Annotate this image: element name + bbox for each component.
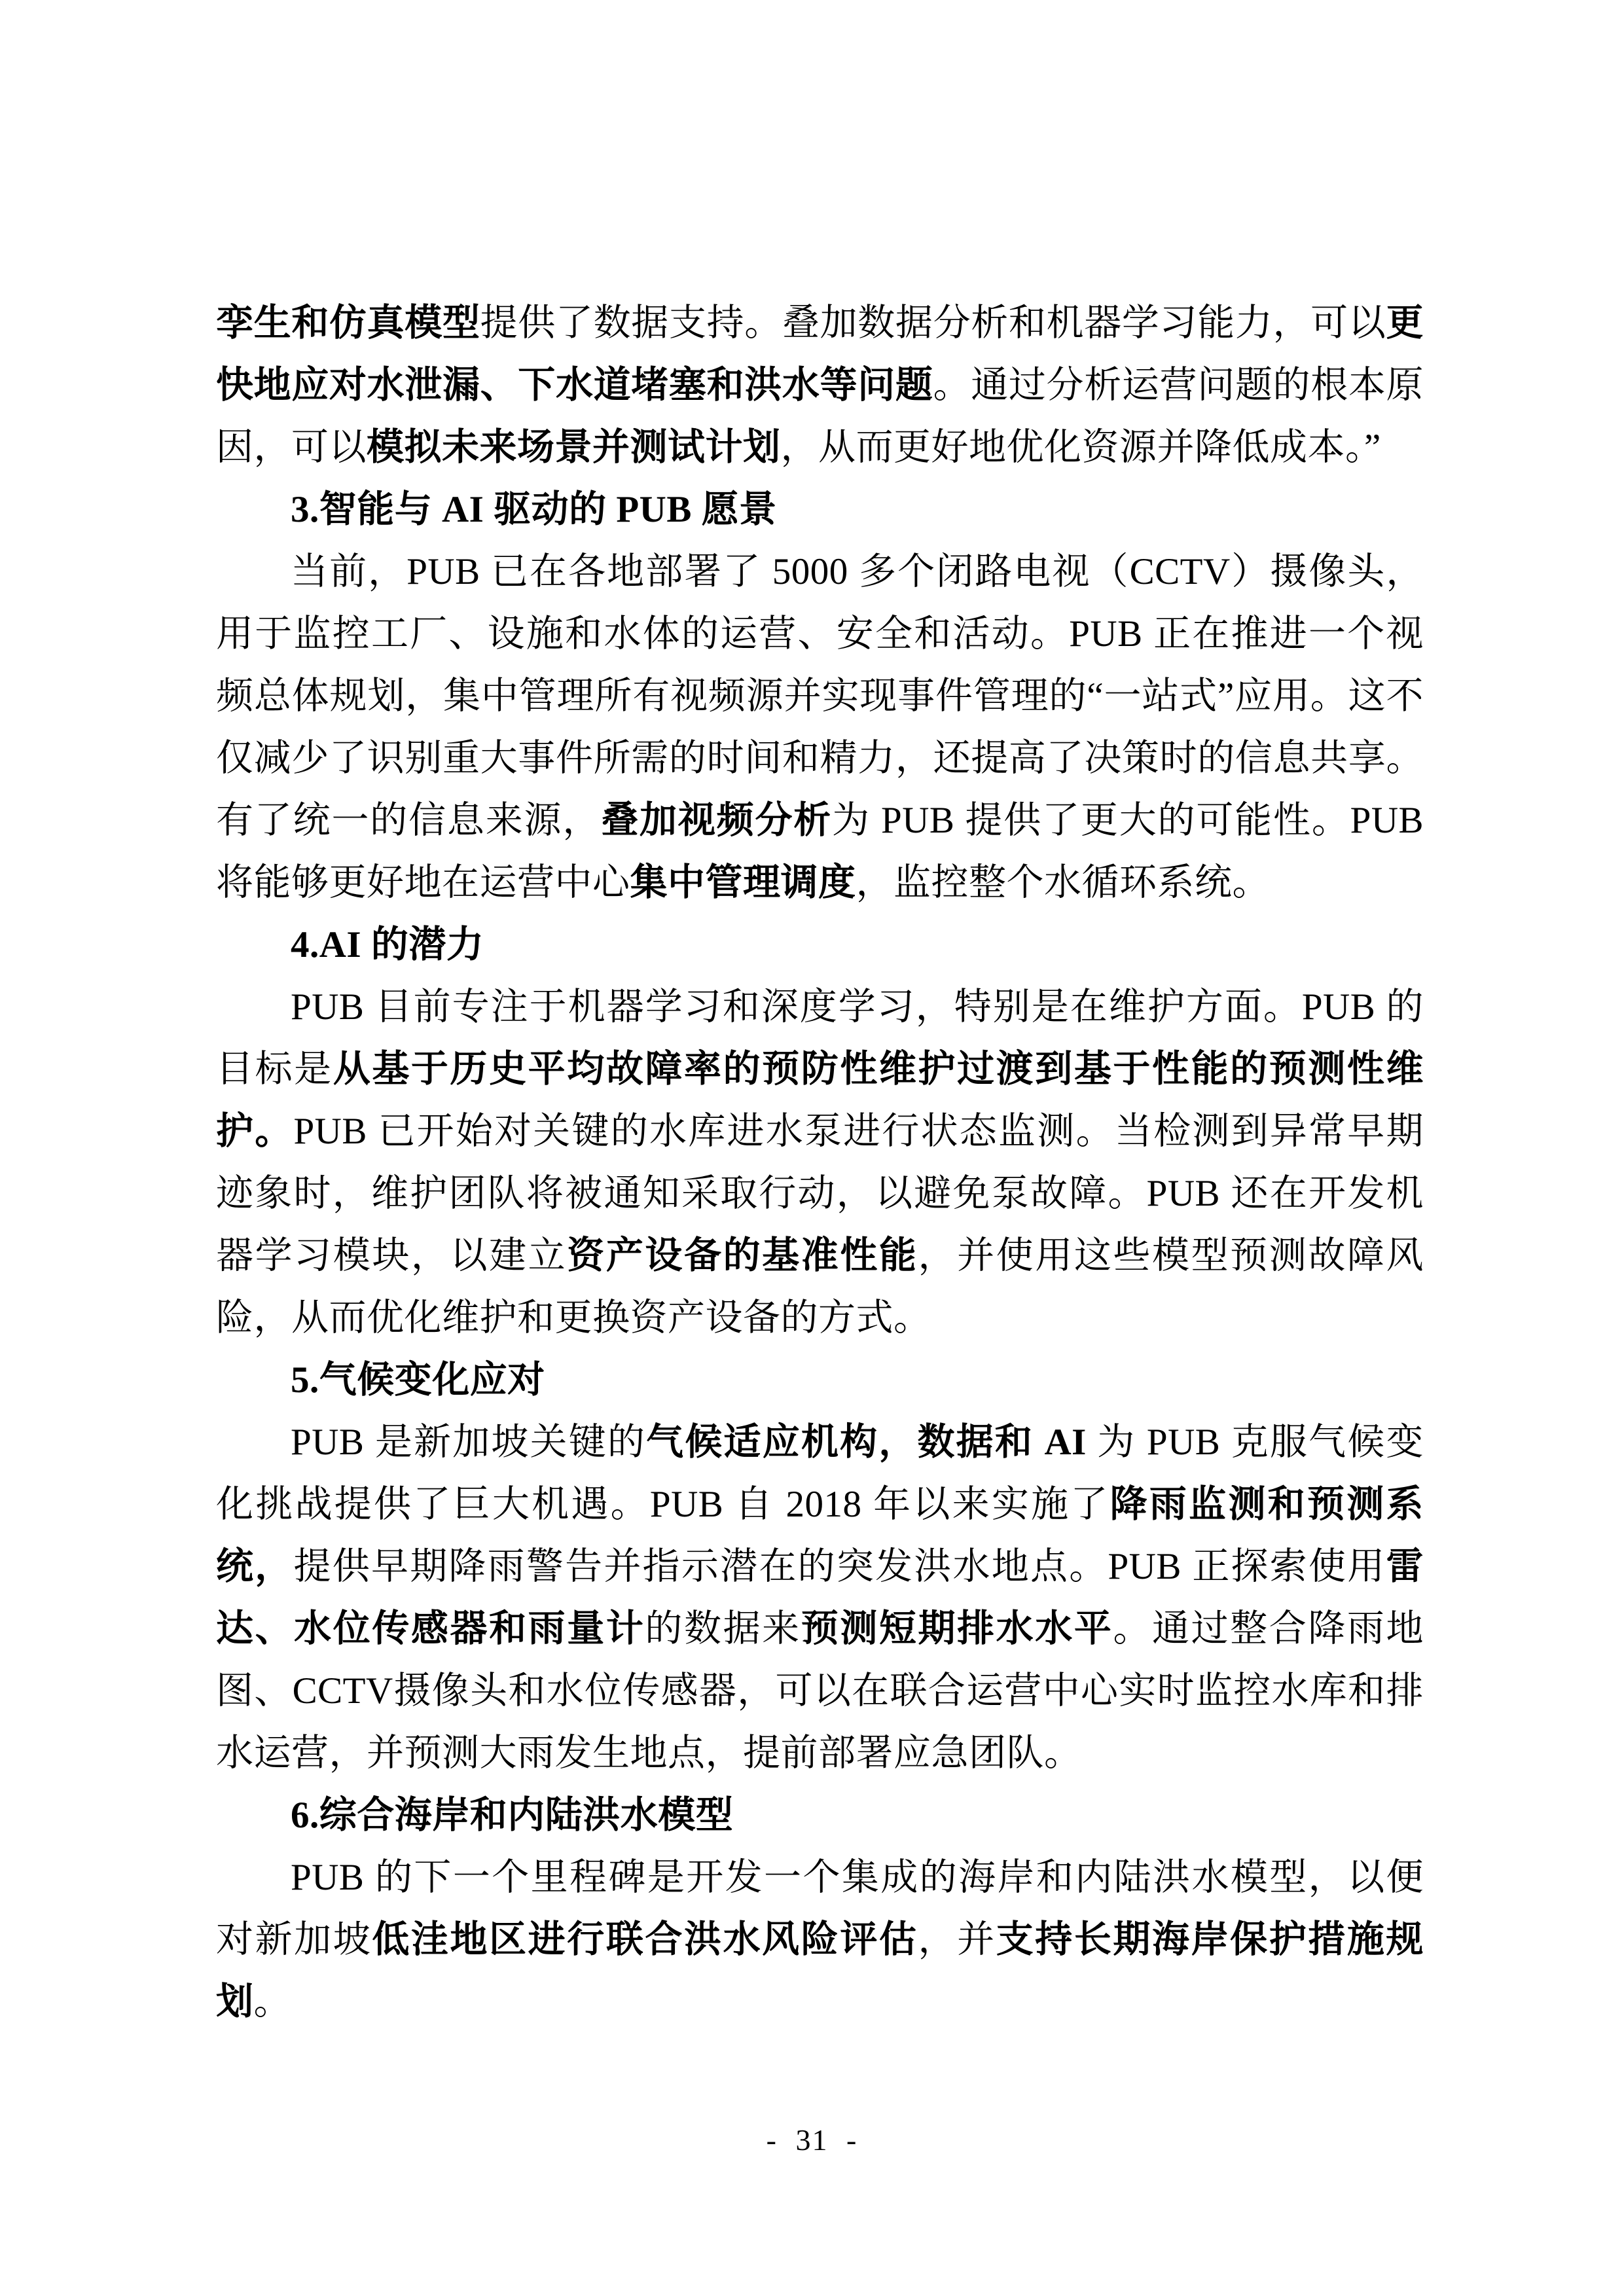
bold-text-run: 低洼地区进行联合洪水风险评估 xyxy=(372,1919,918,1960)
document-body: 孪生和仿真模型提供了数据支持。叠加数据分析和机器学习能力，可以更快地应对水泄漏、… xyxy=(216,292,1424,2033)
document-page: 孪生和仿真模型提供了数据支持。叠加数据分析和机器学习能力，可以更快地应对水泄漏、… xyxy=(0,0,1624,2296)
section-heading: 3.智能与 AI 驱动的 PUB 愿景 xyxy=(216,478,1424,541)
text-run: 。 xyxy=(254,1981,292,2022)
text-run: ，监控整个水循环系统。 xyxy=(856,862,1271,903)
page-footer: - 31 - xyxy=(0,2123,1624,2157)
bold-text-run: 3.智能与 AI 驱动的 PUB 愿景 xyxy=(291,489,777,530)
text-run: ，从而更好地优化资源并降低成本。” xyxy=(781,427,1381,468)
text-run: 当前，PUB 已在各地部署了 5000 多个闭路电视（CCTV）摄像头，用于监控… xyxy=(216,551,1424,841)
section-heading: 4.AI 的潜力 xyxy=(216,914,1424,976)
text-run: 提供了数据支持。叠加数据分析和机器学习能力，可以 xyxy=(480,302,1386,344)
bold-text-run: 孪生和仿真模型 xyxy=(216,302,480,344)
paragraph: PUB 目前专注于机器学习和深度学习，特别是在维护方面。PUB 的目标是从基于历… xyxy=(216,976,1424,1349)
text-run: ，并 xyxy=(918,1919,996,1960)
bold-text-run: 预测短期排水水平 xyxy=(801,1608,1113,1649)
text-run: 的数据来 xyxy=(645,1608,801,1649)
page-number: - 31 - xyxy=(767,2123,858,2157)
bold-text-run: 叠加视频分析 xyxy=(601,800,832,841)
bold-text-run: 资产设备的基准性能 xyxy=(567,1235,918,1276)
bold-text-run: 模拟未来场景并测试计划 xyxy=(367,427,781,468)
section-heading: 6.综合海岸和内陆洪水模型 xyxy=(216,1784,1424,1846)
section-heading: 5.气候变化应对 xyxy=(216,1349,1424,1411)
bold-text-run: 气候适应机构，数据和 AI xyxy=(646,1422,1087,1463)
bold-text-run: 5.气候变化应对 xyxy=(291,1359,545,1401)
text-run: PUB 是新加坡关键的 xyxy=(291,1422,646,1463)
bold-text-run: 6.综合海岸和内陆洪水模型 xyxy=(291,1795,733,1836)
paragraph: PUB 是新加坡关键的气候适应机构，数据和 AI 为 PUB 克服气候变化挑战提… xyxy=(216,1411,1424,1784)
paragraph: 当前，PUB 已在各地部署了 5000 多个闭路电视（CCTV）摄像头，用于监控… xyxy=(216,541,1424,914)
bold-text-run: 4.AI 的潜力 xyxy=(291,924,484,965)
paragraph: 孪生和仿真模型提供了数据支持。叠加数据分析和机器学习能力，可以更快地应对水泄漏、… xyxy=(216,292,1424,478)
bold-text-run: 集中管理调度 xyxy=(630,862,856,903)
paragraph: PUB 的下一个里程碑是开发一个集成的海岸和内陆洪水模型，以便对新加坡低洼地区进… xyxy=(216,1846,1424,2033)
text-run: 提供早期降雨警告并指示潜在的突发洪水地点。PUB 正探索使用 xyxy=(293,1546,1386,1587)
